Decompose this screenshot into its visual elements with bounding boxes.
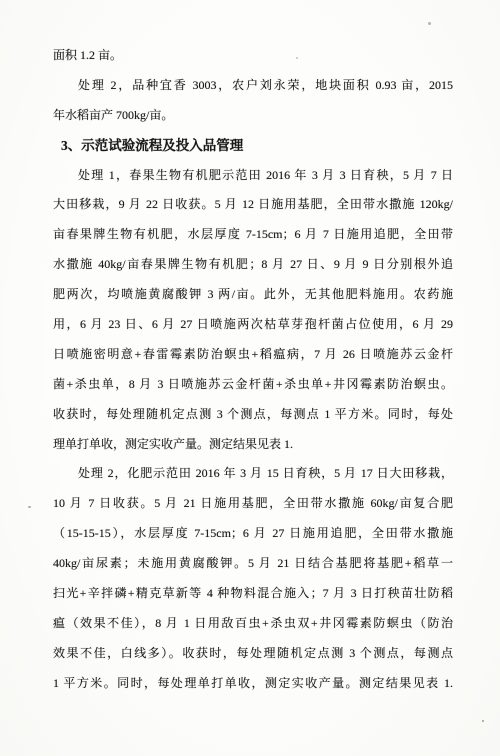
text-line: 年水稻亩产 700kg/亩。 — [53, 101, 453, 131]
section-heading: 3、示范试验流程及投入品管理 — [53, 131, 453, 161]
text-line: 肥两次，均喷施黄腐酸钾 3 两/亩。此外，无其他肥料施用。农药施 — [53, 280, 453, 310]
scanned-document-page: 面积 1.2 亩。处理 2，品种宜香 3003，农户刘永荣，地块面积 0.93 … — [0, 0, 500, 756]
text-line: 10 月 7 日收获。5 月 21 日施用基肥，全田带水撒施 60kg/亩复合肥 — [53, 489, 453, 519]
text-line: 水撒施 40kg/亩春果牌生物有机肥；8 月 27 日、9 月 9 日分别根外追 — [53, 250, 453, 280]
text-line: 理单打单收，测定实收产量。测定结果见表 1. — [53, 430, 453, 460]
scan-speck — [428, 22, 431, 25]
text-line: 处理 2，品种宜香 3003，农户刘永荣，地块面积 0.93 亩，2015 — [53, 71, 453, 101]
text-line: 收获时，每处理随机定点测 3 个测点，每测点 1 平方米。同时，每处 — [53, 400, 453, 430]
text-line: 1 平方米。同时，每处理单打单收，测定实收产量。测定结果见表 1. — [53, 669, 453, 699]
text-line: 瘟（效果不佳），8 月 1 日用敌百虫+杀虫双+井冈霉素防螟虫（防治 — [53, 609, 453, 639]
text-line: 40kg/亩尿素；未施用黄腐酸钾。5 月 21 日结合基肥将基肥+稻草一 — [53, 549, 453, 579]
text-line: 处理 2，化肥示范田 2016 年 3 月 15 日育秧，5 月 17 日大田移… — [53, 459, 453, 489]
text-line: 处理 1，春果生物有机肥示范田 2016 年 3 月 3 日育秧，5 月 7 日 — [53, 161, 453, 191]
text-line: 日喷施密明意+春雷霉素防治螟虫+稻瘟病，7 月 26 日喷施苏云金杆 — [53, 340, 453, 370]
text-line: 扫光+辛拌磷+精克草新等 4 种物料混合施入；7 月 3 日打秧苗壮防稻 — [53, 579, 453, 609]
text-line: 效果不佳，白线多）。收获时，每处理随机定点测 3 个测点，每测点 — [53, 639, 453, 669]
scan-speck — [482, 720, 484, 722]
text-line: （15-15-15），水层厚度 7-15cm；6 月 27 日施用追肥，全田带水… — [53, 519, 453, 549]
document-body: 面积 1.2 亩。处理 2，品种宜香 3003，农户刘永荣，地块面积 0.93 … — [53, 41, 453, 699]
text-line: 亩春果牌生物有机肥，水层厚度 7-15cm；6 月 7 日施用追肥，全田带 — [53, 220, 453, 250]
text-line: 面积 1.2 亩。 — [53, 41, 453, 71]
scan-speck — [28, 506, 31, 508]
text-line: 菌+杀虫单，8 月 3 日喷施苏云金杆菌+杀虫单+井冈霉素防治螟虫。 — [53, 370, 453, 400]
text-line: 大田移栽，9 月 22 日收获。5 月 12 日施用基肥，全田带水撒施 120k… — [53, 190, 453, 220]
text-line: 用，6 月 23 日、6 月 27 日喷施两次枯草芽孢杆菌占位使用，6 月 29 — [53, 310, 453, 340]
